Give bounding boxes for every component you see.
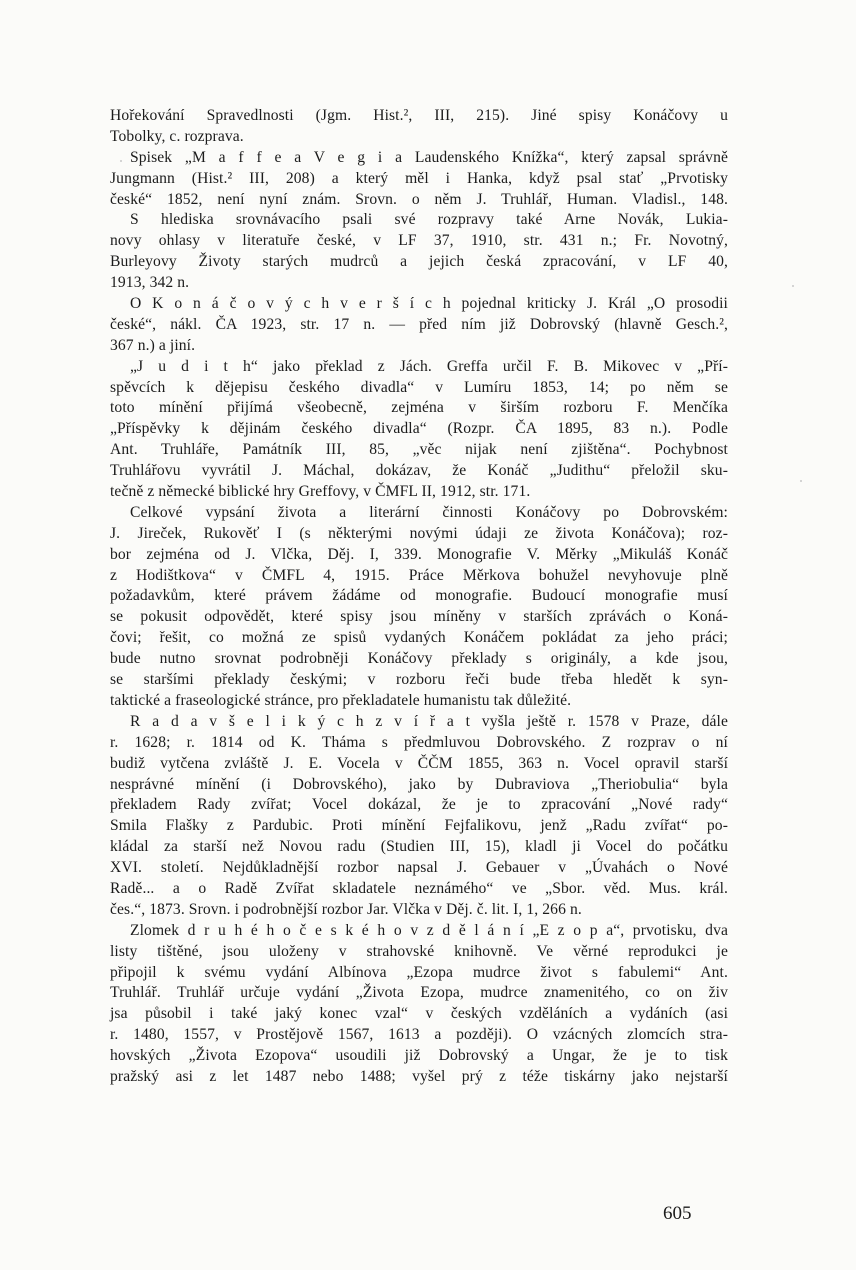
- line-text: „J u d i t h“ jako překlad z Jách. Greff…: [130, 358, 728, 375]
- scan-speck: [800, 480, 802, 482]
- text-line: kládal za starší než Novou radu (Studien…: [110, 837, 728, 858]
- line-text: připojil k svému vydání Albínova „Ezopa …: [110, 964, 728, 981]
- line-text: pražský asi z let 1487 nebo 1488; vyšel …: [110, 1068, 728, 1085]
- paragraph-start-rada-zvirat: R a d a v š e l i k ý c h z v í ř a t vy…: [110, 712, 728, 733]
- line-text: Hořekování Spravedlnosti (Jgm. Hist.², I…: [110, 107, 728, 124]
- line-text: hovských „Života Ezopova“ usoudili již D…: [110, 1047, 728, 1064]
- line-text: Burleyovy Životy starých mudrců a jejich…: [110, 253, 728, 270]
- text-line: r. 1480, 1557, v Prostějově 1567, 1613 a…: [110, 1025, 728, 1046]
- line-text: Tobolky, c. rozprava.: [110, 128, 244, 145]
- text-line: Smila Flašky z Pardubic. Proti mínění Fe…: [110, 816, 728, 837]
- book-page-body: Hořekování Spravedlnosti (Jgm. Hist.², I…: [110, 106, 728, 1088]
- text-line: z Hodištkova“ v ČMFL 4, 1915. Práce Měrk…: [110, 566, 728, 587]
- text-line: české“ 1852, není nyní znám. Srovn. o ně…: [110, 190, 728, 211]
- text-line: jsa působil i také jaký konec vzal“ v če…: [110, 1004, 728, 1025]
- line-text: Truhlář. Truhlář určuje vydání „Života E…: [110, 984, 728, 1001]
- line-text: požadavkům, které právem žádáme od monog…: [110, 587, 728, 604]
- line-text: Spisek „M a f f e a V e g i a Laudenskéh…: [130, 149, 728, 166]
- text-line: „Příspěvky k dějinám českého divadla“ (R…: [110, 419, 728, 440]
- text-line: 367 n.) a jiní.: [110, 336, 728, 357]
- text-line: pražský asi z let 1487 nebo 1488; vyšel …: [110, 1067, 728, 1088]
- text-line: připojil k svému vydání Albínova „Ezopa …: [110, 963, 728, 984]
- paragraph-start-srovnavaci: S hlediska srovnávacího psali své rozpra…: [110, 210, 728, 231]
- text-line: nesprávné mínění (i Dobrovského), jako b…: [110, 775, 728, 796]
- text-line: Ant. Truhláře, Památník III, 85, „věc ni…: [110, 440, 728, 461]
- text-line: 1913, 342 n.: [110, 273, 728, 294]
- text-line: se staršími překlady českými; v rozboru …: [110, 670, 728, 691]
- text-line: překladem Rady zvířat; Vocel dokázal, že…: [110, 795, 728, 816]
- line-text: R a d a v š e l i k ý c h z v í ř a t vy…: [130, 713, 728, 730]
- text-line: čes.“, 1873. Srovn. i podrobnější rozbor…: [110, 900, 728, 921]
- line-text: české“, nákl. ČA 1923, str. 17 n. — před…: [110, 316, 728, 333]
- text-line: listy tištěné, jsou uloženy v strahovské…: [110, 942, 728, 963]
- line-text: Jungmann (Hist.² III, 208) a který měl i…: [110, 170, 728, 187]
- line-text: 1913, 342 n.: [110, 274, 189, 291]
- line-text: české“ 1852, není nyní znám. Srovn. o ně…: [110, 191, 728, 208]
- line-text: O K o n á č o v ý c h v e r š í c h poje…: [130, 295, 728, 312]
- text-line: J. Jireček, Rukověť I (s některými novým…: [110, 524, 728, 545]
- line-text: taktické a fraseologické stránce, pro př…: [110, 692, 571, 709]
- text-line: taktické a fraseologické stránce, pro př…: [110, 691, 728, 712]
- line-text: Radě... a o Radě Zvířat skladatele nezná…: [110, 880, 728, 897]
- page-number: 605: [663, 1203, 692, 1225]
- line-text: překladem Rady zvířat; Vocel dokázal, že…: [110, 796, 728, 813]
- line-text: r. 1480, 1557, v Prostějově 1567, 1613 a…: [110, 1026, 728, 1043]
- line-text: čes.“, 1873. Srovn. i podrobnější rozbor…: [110, 901, 582, 918]
- text-line: Truhlářovu vyvrátil J. Máchal, dokázav, …: [110, 461, 728, 482]
- line-text: se staršími překlady českými; v rozboru …: [110, 671, 728, 688]
- text-line: Radě... a o Radě Zvířat skladatele nezná…: [110, 879, 728, 900]
- text-line: čovi; řešit, co možná ze spisů vydaných …: [110, 628, 728, 649]
- text-line: Truhlář. Truhlář určuje vydání „Života E…: [110, 983, 728, 1004]
- line-text: bude nutno srovnat podrobněji Konáčovy p…: [110, 650, 728, 667]
- line-text: XVI. století. Nejdůkladnější rozbor naps…: [110, 859, 728, 876]
- line-text: spěvcích k dějepisu českého divadla“ v L…: [110, 379, 728, 396]
- line-text: r. 1628; r. 1814 od K. Tháma s předmluvo…: [110, 734, 728, 751]
- paragraph-start-maffea-vegia: Spisek „M a f f e a V e g i a Laudenskéh…: [110, 148, 728, 169]
- line-text: „Příspěvky k dějinám českého divadla“ (R…: [110, 420, 728, 437]
- text-line: tečně z německé biblické hry Greffovy, v…: [110, 482, 728, 503]
- text-line: r. 1628; r. 1814 od K. Tháma s předmluvo…: [110, 733, 728, 754]
- line-text: Smila Flašky z Pardubic. Proti mínění Fe…: [110, 817, 728, 834]
- text-line: XVI. století. Nejdůkladnější rozbor naps…: [110, 858, 728, 879]
- text-line: budiž vytčena zvláště J. E. Vocela v ČČM…: [110, 754, 728, 775]
- text-line: toto mínění přijímá všeobecně, zejména v…: [110, 398, 728, 419]
- line-text: Ant. Truhláře, Památník III, 85, „věc ni…: [110, 441, 728, 458]
- text-line: bude nutno srovnat podrobněji Konáčovy p…: [110, 649, 728, 670]
- text-line: požadavkům, které právem žádáme od monog…: [110, 586, 728, 607]
- line-text: S hlediska srovnávacího psali své rozpra…: [130, 211, 728, 228]
- line-text: čovi; řešit, co možná ze spisů vydaných …: [110, 629, 728, 646]
- line-text: listy tištěné, jsou uloženy v strahovské…: [110, 943, 728, 960]
- line-text: kládal za starší než Novou radu (Studien…: [110, 838, 728, 855]
- line-text: z Hodištkova“ v ČMFL 4, 1915. Práce Měrk…: [110, 567, 728, 584]
- paragraph-start-zlomek-ezopa: Zlomek d r u h é h o č e s k é h o v z d…: [110, 921, 728, 942]
- line-text: Truhlářovu vyvrátil J. Máchal, dokázav, …: [110, 462, 728, 479]
- text-line: bor zejména od J. Vlčka, Děj. I, 339. Mo…: [110, 545, 728, 566]
- line-text: nesprávné mínění (i Dobrovského), jako b…: [110, 776, 728, 793]
- text-line: se pokusit odpovědět, které spisy jsou m…: [110, 607, 728, 628]
- text-line: Burleyovy Životy starých mudrců a jejich…: [110, 252, 728, 273]
- line-text: J. Jireček, Rukověť I (s některými novým…: [110, 525, 728, 542]
- line-text: tečně z německé biblické hry Greffovy, v…: [110, 483, 530, 500]
- text-line: spěvcích k dějepisu českého divadla“ v L…: [110, 378, 728, 399]
- scan-speck: [792, 285, 794, 287]
- line-text: Zlomek d r u h é h o č e s k é h o v z d…: [130, 922, 728, 939]
- text-line: Hořekování Spravedlnosti (Jgm. Hist.², I…: [110, 106, 728, 127]
- text-line: Jungmann (Hist.² III, 208) a který měl i…: [110, 169, 728, 190]
- line-text: se pokusit odpovědět, které spisy jsou m…: [110, 608, 728, 625]
- text-line: Tobolky, c. rozprava.: [110, 127, 728, 148]
- line-text: toto mínění přijímá všeobecně, zejména v…: [110, 399, 728, 416]
- line-text: Celkové vypsání života a literární činno…: [130, 504, 728, 521]
- line-text: 367 n.) a jiní.: [110, 337, 195, 354]
- paragraph-start-judith: „J u d i t h“ jako překlad z Jách. Greff…: [110, 357, 728, 378]
- text-line: novy ohlasy v literatuře české, v LF 37,…: [110, 231, 728, 252]
- line-text: novy ohlasy v literatuře české, v LF 37,…: [110, 232, 728, 249]
- paragraph-start-konacovych-versich: O K o n á č o v ý c h v e r š í c h poje…: [110, 294, 728, 315]
- paragraph-start-celkove-vypsani: Celkové vypsání života a literární činno…: [110, 503, 728, 524]
- line-text: jsa působil i také jaký konec vzal“ v če…: [110, 1005, 728, 1022]
- line-text: budiž vytčena zvláště J. E. Vocela v ČČM…: [110, 755, 728, 772]
- line-text: bor zejména od J. Vlčka, Děj. I, 339. Mo…: [110, 546, 728, 563]
- text-line: hovských „Života Ezopova“ usoudili již D…: [110, 1046, 728, 1067]
- scan-speck: [120, 160, 122, 162]
- text-line: české“, nákl. ČA 1923, str. 17 n. — před…: [110, 315, 728, 336]
